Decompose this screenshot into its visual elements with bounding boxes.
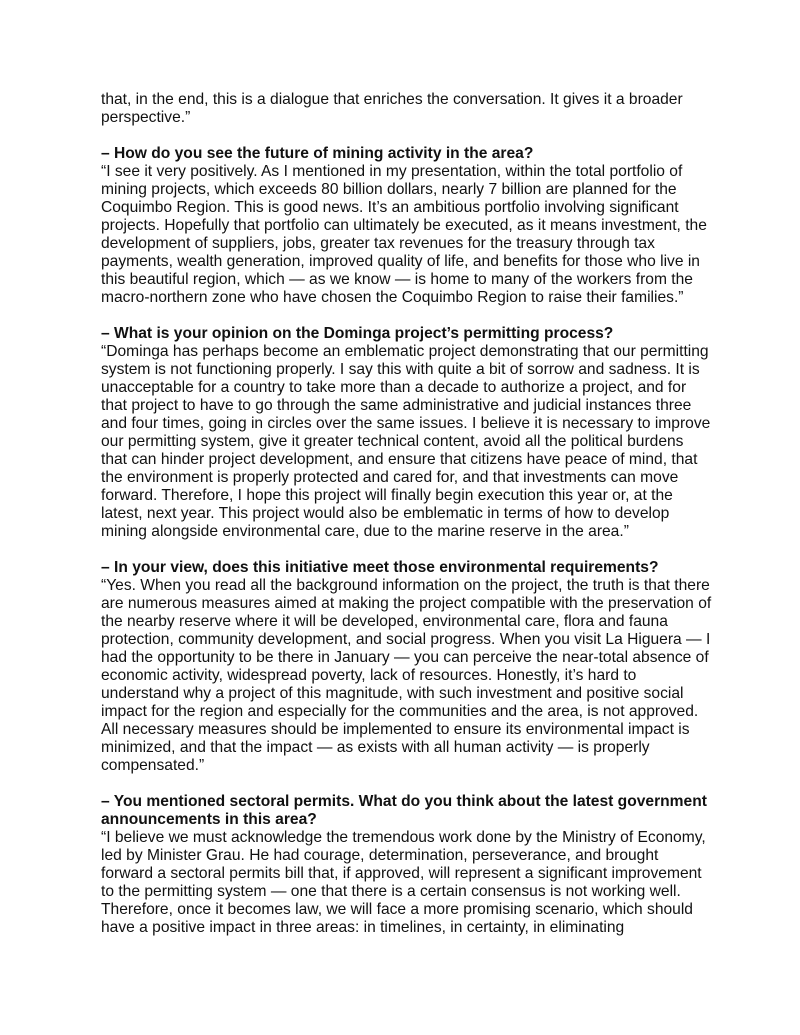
answer-text: “Dominga has perhaps become an emblemati… [101,343,713,541]
question-heading: – How do you see the future of mining ac… [101,145,713,163]
answer-text: “I see it very positively. As I mentione… [101,163,713,307]
qa-block-dominga-permitting: – What is your opinion on the Dominga pr… [101,325,713,541]
answer-text: “Yes. When you read all the background i… [101,577,713,775]
intro-block: that, in the end, this is a dialogue tha… [101,91,713,127]
document-page: that, in the end, this is a dialogue tha… [101,91,713,955]
answer-text: “I believe we must acknowledge the treme… [101,829,713,937]
intro-continuation-text: that, in the end, this is a dialogue tha… [101,91,713,127]
question-heading: – In your view, does this initiative mee… [101,559,713,577]
qa-block-environmental-requirements: – In your view, does this initiative mee… [101,559,713,775]
qa-block-sectoral-permits: – You mentioned sectoral permits. What d… [101,793,713,937]
question-heading: – What is your opinion on the Dominga pr… [101,325,713,343]
question-heading: – You mentioned sectoral permits. What d… [101,793,713,829]
qa-block-mining-future: – How do you see the future of mining ac… [101,145,713,307]
